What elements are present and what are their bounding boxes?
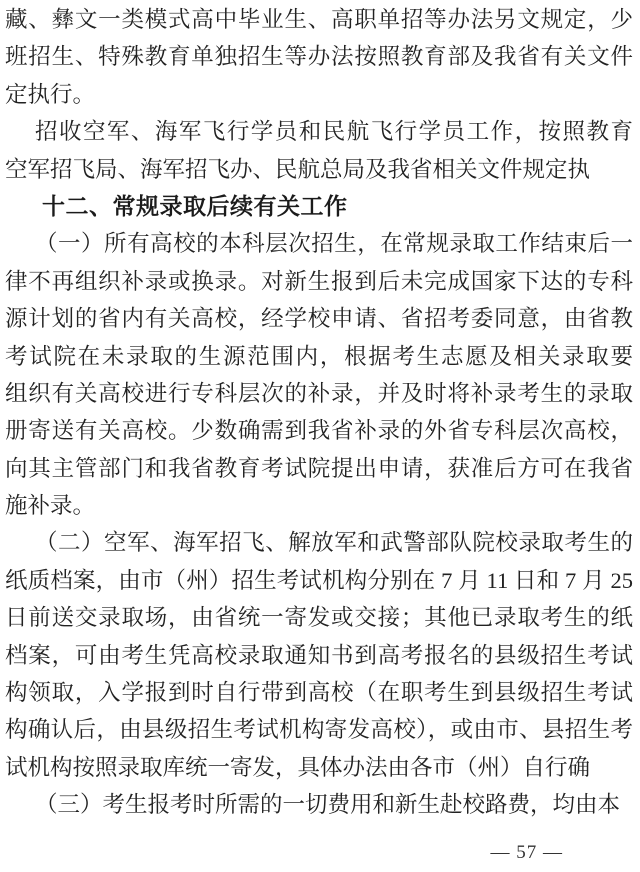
page-number: — 57 — (491, 843, 564, 863)
text-line: 组织有关高校进行专科层次的补录，并及时将补录考生的录取名 (5, 375, 633, 412)
document-body: 藏、彝文一类模式高中毕业生、高职单招等办法另文规定，少年班招生、特殊教育单独招生… (5, 1, 633, 824)
section-heading-line: 十二、常规录取后续有关工作 (5, 188, 633, 225)
document-page: 藏、彝文一类模式高中毕业生、高职单招等办法另文规定，少年班招生、特殊教育单独招生… (0, 0, 640, 872)
text-line: 考试院在未录取的生源范围内，根据考生志愿及相关录取要求， (5, 338, 633, 375)
text-line: （一）所有高校的本科层次招生，在常规录取工作结束后一 (5, 225, 633, 262)
text-line: 源计划的省内有关高校，经学校申请、省招考委同意，由省教育 (5, 300, 633, 337)
text-line: 招收空军、海军飞行学员和民航飞行学员工作，按照教育部、 (5, 113, 633, 150)
text-line: 构领取，入学报到时自行带到高校（在职考生到县级招生考试机 (5, 674, 633, 711)
text-line: 档案，可由考生凭高校录取通知书到高考报名的县级招生考试机 (5, 637, 633, 674)
text-line: 律不再组织补录或换录。对新生报到后未完成国家下达的专科生 (5, 263, 633, 300)
text-line: 藏、彝文一类模式高中毕业生、高职单招等办法另文规定，少年 (5, 1, 633, 38)
text-line: 向其主管部门和我省教育考试院提出申请，获准后方可在我省实 (5, 450, 633, 487)
text-line: 定执行。 (5, 76, 633, 113)
text-line: 试机构按照录取库统一寄发，具体办法由各市（州）自行确定。 (5, 749, 633, 786)
text-line: 班招生、特殊教育单独招生等办法按照教育部及我省有关文件规 (5, 38, 633, 75)
text-line: （三）考生报考时所需的一切费用和新生赴校路费，均由本 (5, 786, 633, 823)
text-line: 日前送交录取场，由省统一寄发或交接；其他已录取考生的纸质 (5, 599, 633, 636)
text-line: 施补录。 (5, 487, 633, 524)
text-line: （二）空军、海军招飞、解放军和武警部队院校录取考生的 (5, 524, 633, 561)
text-line: 空军招飞局、海军招飞办、民航总局及我省相关文件规定执行。 (5, 151, 633, 188)
text-line: 册寄送有关高校。少数确需到我省补录的外省专科层次高校，须 (5, 412, 633, 449)
text-line: 纸质档案，由市（州）招生考试机构分别在 7 月 11 日和 7 月 25 (5, 562, 633, 599)
text-line: 构确认后，由县级招生考试机构寄发高校），或由市、县招生考 (5, 711, 633, 748)
